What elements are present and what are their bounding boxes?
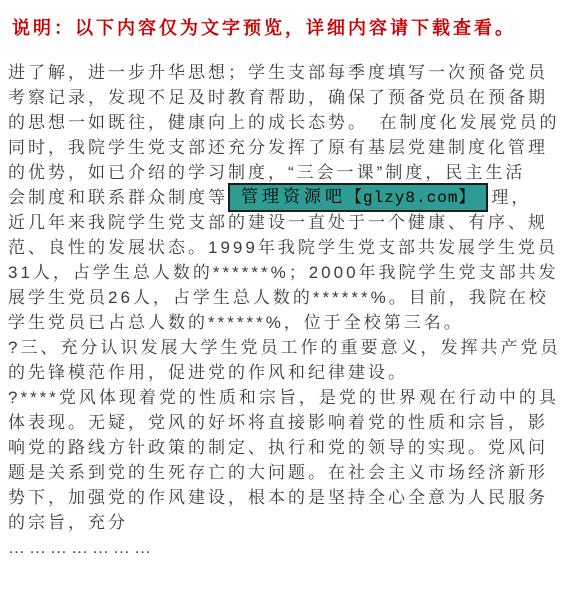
text-line: 进了解，进一步升华思想；学生支部每季度填写一次预备党员 — [8, 60, 572, 85]
document-body: 进了解，进一步升华思想；学生支部每季度填写一次预备党员 考察记录，发现不足及时教… — [8, 60, 572, 560]
text-line: 的先锋模范作用，促进党的作风和纪律建设。 — [8, 360, 572, 385]
ellipsis-line: ………………… — [8, 535, 572, 560]
watermark-badge: 管理资源吧【glzy8.com】 — [228, 183, 488, 212]
preview-notice: 说明：以下内容仅为文字预览，详细内容请下载查看。 — [0, 0, 578, 50]
text-line: 学生党员已占总人数的******%，位于全校第三名。 — [8, 310, 572, 335]
text-line: 考察记录，发现不足及时教育帮助，确保了预备党员在预备期 — [8, 85, 572, 110]
text-line-with-watermark: 会制度和联系群众制度等管理资源吧【glzy8.com】理， — [8, 185, 572, 210]
text-line: 的优势，如已介绍的学习制度，“三会一课”制度，民主生活 — [8, 160, 572, 185]
text-line: 的思想一如既往，健康向上的成长态势。 在制度化发展党员的 — [8, 110, 572, 135]
text-line: 响党的路线方针政策的制定、执行和党的领导的实现。党风问 — [8, 435, 572, 460]
watermark-line-pre-text: 会制度和联系群众制度等 — [8, 188, 228, 207]
text-line: ?****党风体现着党的性质和宗旨，是党的世界观在行动中的具 — [8, 385, 572, 410]
watermark-site-name: 管理资源吧 — [241, 187, 346, 206]
text-line: 体表现。无疑，党风的好坏将直接影响着党的性质和宗旨，影 — [8, 410, 572, 435]
text-line: 展学生党员26人，占学生总人数的******%。目前，我院在校 — [8, 285, 572, 310]
text-line: 近几年来我院学生党支部的建设一直处于一个健康、有序、规 — [8, 210, 572, 235]
text-line: 同时，我院学生党支部还充分发挥了原有基层党建制度化管理 — [8, 135, 572, 160]
text-line: 势下，加强党的作风建设，根本的是坚持全心全意为人民服务 — [8, 485, 572, 510]
text-line: 题是关系到党的生死存亡的大问题。在社会主义市场经济新形 — [8, 460, 572, 485]
watermark-site-url: 【glzy8.com】 — [346, 189, 475, 207]
watermark-line-post-text: 理， — [491, 188, 531, 207]
text-line: 的宗旨，充分 — [8, 510, 572, 535]
document-preview-page: 说明：以下内容仅为文字预览，详细内容请下载查看。 进了解，进一步升华思想；学生支… — [0, 0, 578, 600]
text-line: 范、良性的发展状态。1999年我院学生党支部共发展学生党员 — [8, 235, 572, 260]
text-line: ?三、充分认识发展大学生党员工作的重要意义，发挥共产党员 — [8, 335, 572, 360]
text-line: 31人，占学生总人数的******%；2000年我院学生党支部共发 — [8, 260, 572, 285]
